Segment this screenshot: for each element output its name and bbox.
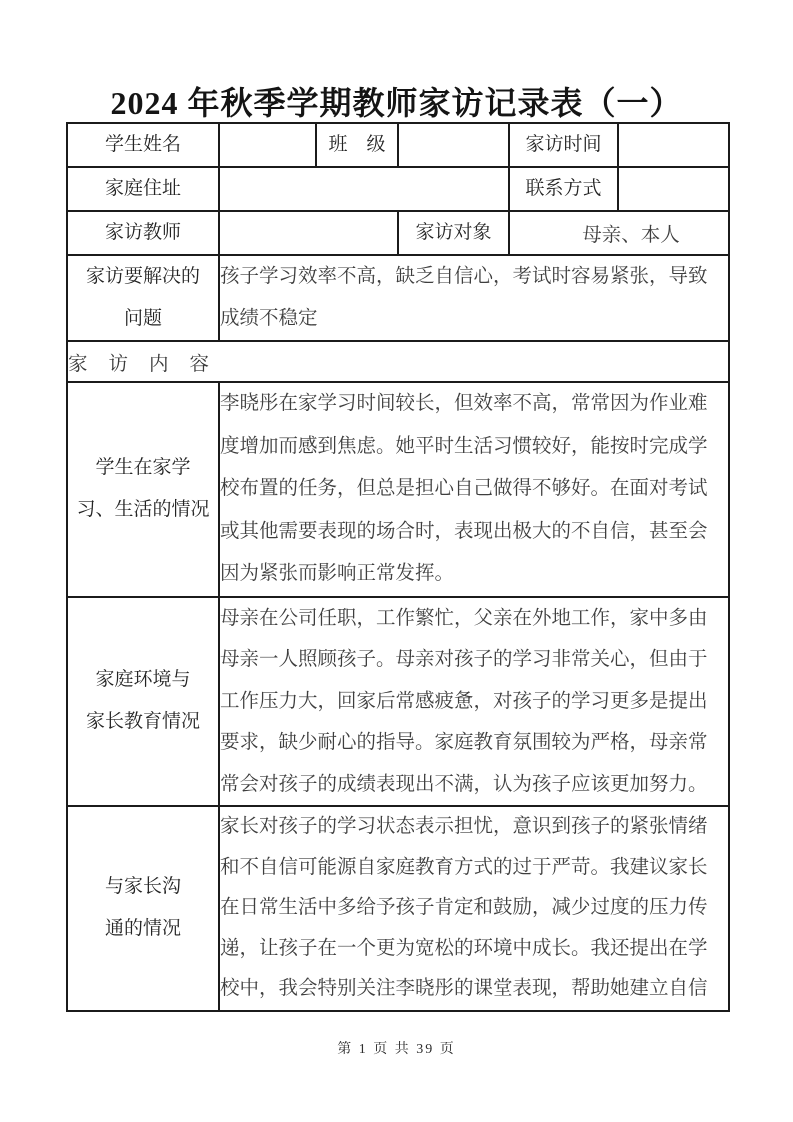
home-visit-form-table: 学生姓名 班 级 家访时间 家庭住址 联系方式 家访教师 家访对象 母亲、本人 …	[66, 122, 730, 1012]
student-name-value	[219, 123, 316, 167]
visit-target-value: 母亲、本人	[509, 211, 729, 255]
row-parent-communication: 与家长沟 通的情况 家长对孩子的学习状态表示担忧，意识到孩子的紧张情绪 和不自信…	[67, 806, 729, 1011]
home-address-label: 家庭住址	[67, 167, 219, 211]
row-address: 家庭住址 联系方式	[67, 167, 729, 211]
contact-value	[618, 167, 729, 211]
student-home-situation-label: 学生在家学 习、生活的情况	[67, 382, 219, 597]
home-address-value	[219, 167, 509, 211]
row-problems: 家访要解决的 问题 孩子学习效率不高，缺乏自信心，考试时容易紧张，导致 成绩不稳…	[67, 255, 729, 341]
parent-communication-label: 与家长沟 通的情况	[67, 806, 219, 1011]
contact-label: 联系方式	[509, 167, 618, 211]
row-family-environment: 家庭环境与 家长教育情况 母亲在公司任职，工作繁忙，父亲在外地工作，家中多由 母…	[67, 597, 729, 807]
row-student-home-situation: 学生在家学 习、生活的情况 李晓彤在家学习时间较长，但效率不高，常常因为作业难 …	[67, 382, 729, 597]
family-environment-label: 家庭环境与 家长教育情况	[67, 597, 219, 807]
problems-label: 家访要解决的 问题	[67, 255, 219, 341]
page-title: 2024 年秋季学期教师家访记录表（一）	[0, 78, 793, 124]
row-student-info: 学生姓名 班 级 家访时间	[67, 123, 729, 167]
row-teacher: 家访教师 家访对象 母亲、本人	[67, 211, 729, 255]
visit-content-section-header: 家访内容	[67, 341, 729, 382]
visit-teacher-label: 家访教师	[67, 211, 219, 255]
visit-teacher-value	[219, 211, 398, 255]
document-page: 2024 年秋季学期教师家访记录表（一） 学生姓名 班 级 家访时间 家庭住址 …	[0, 0, 793, 1122]
class-label: 班 级	[316, 123, 398, 167]
visit-target-label: 家访对象	[398, 211, 509, 255]
problems-content: 孩子学习效率不高，缺乏自信心，考试时容易紧张，导致 成绩不稳定	[219, 255, 729, 341]
visit-time-label: 家访时间	[509, 123, 618, 167]
student-home-situation-content: 李晓彤在家学习时间较长，但效率不高，常常因为作业难 度增加而感到焦虑。她平时生活…	[219, 382, 729, 597]
page-number: 第 1 页 共 39 页	[0, 1038, 793, 1058]
class-value	[398, 123, 509, 167]
parent-communication-content: 家长对孩子的学习状态表示担忧，意识到孩子的紧张情绪 和不自信可能源自家庭教育方式…	[219, 806, 729, 1011]
visit-time-value	[618, 123, 729, 167]
row-section-header: 家访内容	[67, 341, 729, 382]
student-name-label: 学生姓名	[67, 123, 219, 167]
family-environment-content: 母亲在公司任职，工作繁忙，父亲在外地工作，家中多由 母亲一人照顾孩子。母亲对孩子…	[219, 597, 729, 807]
